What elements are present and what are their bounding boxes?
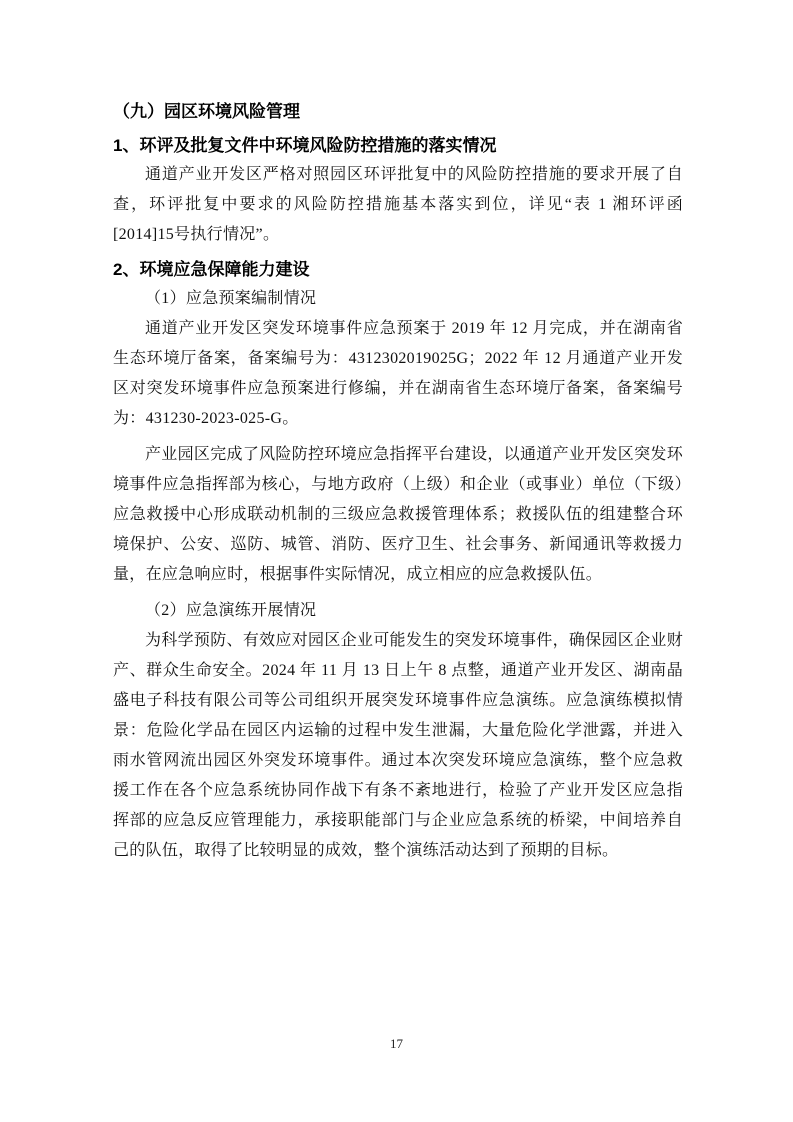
document-content: （九）园区环境风险管理 1、环评及批复文件中环境风险防控措施的落实情况 通道产业… xyxy=(113,100,683,872)
paragraph-drill-details: 为科学预防、有效应对园区企业可能发生的突发环境事件，确保园区企业财产、群众生命安… xyxy=(113,626,683,866)
subsection-heading-1: 1、环评及批复文件中环境风险防控措施的落实情况 xyxy=(113,134,683,158)
paragraph-risk-control: 通道产业开发区严格对照园区环评批复中的风险防控措施的要求开展了自查，环评批复中要… xyxy=(113,160,683,250)
page-number: 17 xyxy=(0,1036,793,1052)
subsection-heading-2: 2、环境应急保障能力建设 xyxy=(113,258,683,282)
document-page: （九）园区环境风险管理 1、环评及批复文件中环境风险防控措施的落实情况 通道产业… xyxy=(0,0,793,1122)
paragraph-emergency-plan: 通道产业开发区突发环境事件应急预案于 2019 年 12 月完成，并在湖南省生态… xyxy=(113,314,683,434)
item-heading-drill: （2）应急演练开展情况 xyxy=(113,596,683,626)
section-heading: （九）园区环境风险管理 xyxy=(113,100,683,124)
item-heading-plan-compilation: （1）应急预案编制情况 xyxy=(113,284,683,314)
paragraph-command-platform: 产业园区完成了风险防控环境应急指挥平台建设，以通道产业开发区突发环境事件应急指挥… xyxy=(113,440,683,590)
